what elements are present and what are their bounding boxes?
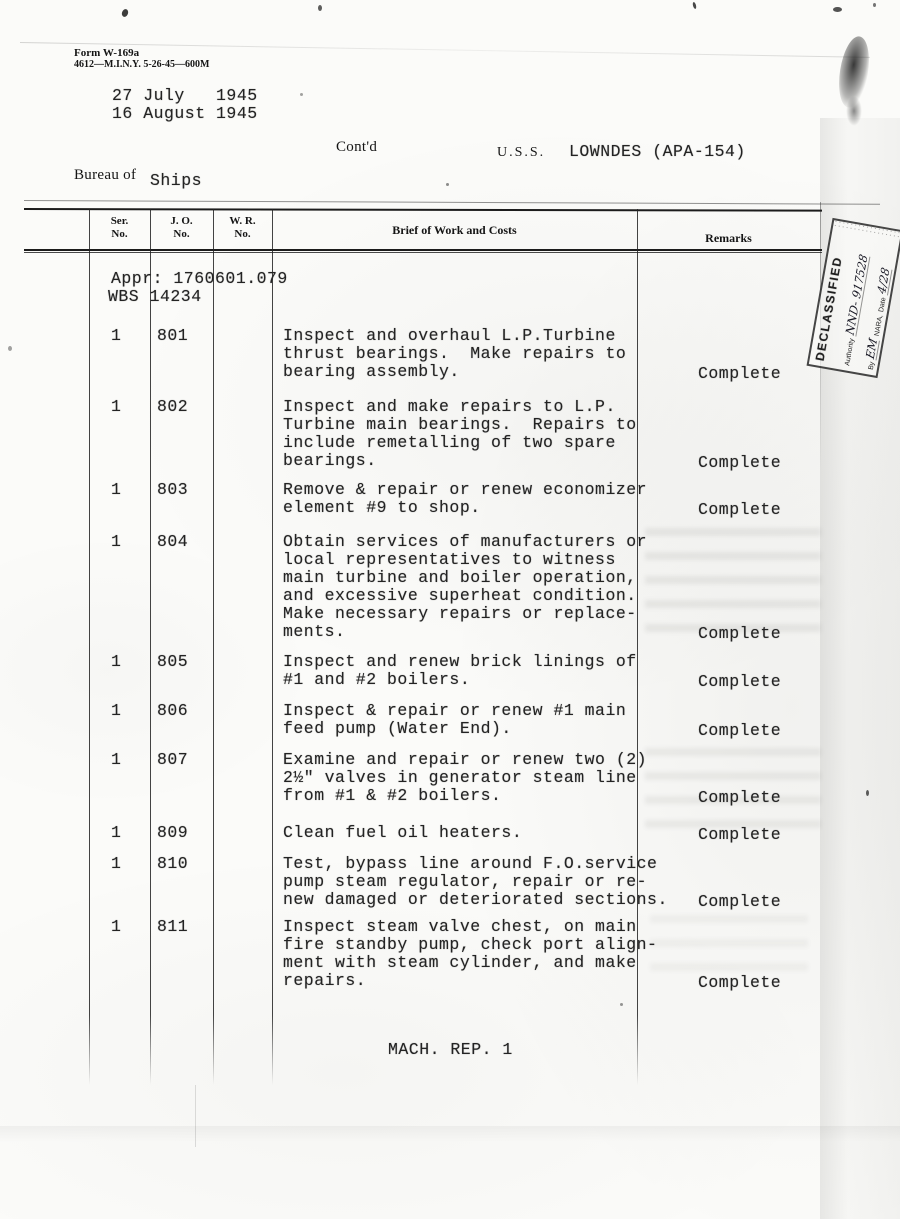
stamp-org-label: NARA, bbox=[874, 314, 885, 336]
scan-speck bbox=[300, 93, 303, 96]
work-brief: Examine and repair or renew two (2) 2½" … bbox=[283, 751, 683, 805]
remarks-value: Complete bbox=[698, 893, 781, 911]
work-brief: Inspect and make repairs to L.P. Turbine… bbox=[283, 398, 683, 470]
remarks-value: Complete bbox=[698, 501, 781, 519]
ship-name: LOWNDES (APA-154) bbox=[569, 143, 746, 161]
column-header-ser-no: Ser. No. bbox=[89, 215, 150, 241]
stamp-date-value-handwritten: 4/28 bbox=[876, 267, 892, 296]
work-brief: Inspect and overhaul L.P.Turbine thrust … bbox=[283, 327, 683, 381]
fold-line-remnant bbox=[195, 1085, 196, 1147]
stamp-date-label: Date bbox=[878, 297, 887, 313]
jo-no: 801 bbox=[157, 327, 188, 345]
table-header-rule bbox=[24, 249, 822, 253]
remarks-value: Complete bbox=[698, 454, 781, 472]
table-row: 1 807 Examine and repair or renew two (2… bbox=[89, 751, 829, 807]
table-row: 1 809 Clean fuel oil heaters. Complete bbox=[89, 824, 829, 844]
ser-no: 1 bbox=[111, 751, 121, 769]
work-brief: Clean fuel oil heaters. bbox=[283, 824, 683, 842]
remarks-value: Complete bbox=[698, 625, 781, 643]
ser-no: 1 bbox=[111, 824, 121, 842]
jo-no: 807 bbox=[157, 751, 188, 769]
scan-speck bbox=[833, 7, 842, 12]
ser-no: 1 bbox=[111, 855, 121, 873]
jo-no: 803 bbox=[157, 481, 188, 499]
table-top-rule-thin bbox=[24, 200, 880, 205]
table-row: 1 810 Test, bypass line around F.O.servi… bbox=[89, 855, 829, 911]
ser-no: 1 bbox=[111, 702, 121, 720]
date-stamps: 27 July 1945 16 August 1945 bbox=[112, 87, 258, 123]
work-brief: Inspect & repair or renew #1 main feed p… bbox=[283, 702, 683, 738]
bureau-of-label: Bureau of bbox=[74, 167, 136, 184]
bureau-value: Ships bbox=[150, 172, 202, 190]
work-brief: Obtain services of manufacturers or loca… bbox=[283, 533, 683, 641]
form-number: Form W-169a bbox=[74, 47, 209, 59]
scan-speck bbox=[692, 2, 697, 10]
wbs-line: WBS 14234 bbox=[108, 288, 202, 306]
column-header-wr-no: W. R. No. bbox=[213, 215, 272, 241]
ser-no: 1 bbox=[111, 481, 121, 499]
appropriation-line: Appr: 1760601.079 bbox=[111, 270, 288, 288]
uss-label: U.S.S. bbox=[497, 145, 545, 161]
ser-no: 1 bbox=[111, 653, 121, 671]
remarks-value: Complete bbox=[698, 789, 781, 807]
scan-speck bbox=[873, 3, 876, 7]
stamp-authority-value-handwritten: NND- 917528 bbox=[844, 253, 870, 337]
remarks-value: Complete bbox=[698, 826, 781, 844]
scan-speck bbox=[446, 183, 449, 186]
jo-no: 811 bbox=[157, 918, 188, 936]
work-brief: Inspect and renew brick linings of #1 an… bbox=[283, 653, 683, 689]
scan-speck bbox=[8, 346, 12, 351]
ser-no: 1 bbox=[111, 533, 121, 551]
ser-no: 1 bbox=[111, 327, 121, 345]
table-row: 1 802 Inspect and make repairs to L.P. T… bbox=[89, 398, 829, 472]
scan-speck bbox=[866, 790, 869, 796]
form-print-info: 4612—M.I.N.Y. 5-26-45—600M bbox=[74, 59, 209, 71]
work-brief: Remove & repair or renew economizer elem… bbox=[283, 481, 683, 517]
jo-no: 804 bbox=[157, 533, 188, 551]
ser-no: 1 bbox=[111, 398, 121, 416]
scanned-document-page: Form W-169a 4612—M.I.N.Y. 5-26-45—600M 2… bbox=[0, 0, 900, 1219]
scan-speck bbox=[620, 1003, 623, 1006]
remarks-value: Complete bbox=[698, 673, 781, 691]
work-brief: Inspect steam valve chest, on main fire … bbox=[283, 918, 683, 990]
remarks-value: Complete bbox=[698, 365, 781, 383]
table-row: 1 806 Inspect & repair or renew #1 main … bbox=[89, 702, 829, 740]
jo-no: 810 bbox=[157, 855, 188, 873]
scan-speck bbox=[121, 8, 129, 18]
stamp-authority-label: Authority bbox=[844, 338, 856, 366]
jo-no: 806 bbox=[157, 702, 188, 720]
stamp-by-label: By bbox=[868, 361, 876, 370]
table-top-rule bbox=[24, 208, 822, 212]
stamp-by-value-handwritten: EM bbox=[865, 337, 880, 361]
table-row: 1 803 Remove & repair or renew economize… bbox=[89, 481, 829, 519]
table-row: 1 805 Inspect and renew brick linings of… bbox=[89, 653, 829, 691]
table-row: 1 804 Obtain services of manufacturers o… bbox=[89, 533, 829, 643]
scan-shading-band bbox=[0, 1126, 900, 1142]
jo-no: 802 bbox=[157, 398, 188, 416]
table-row: 1 811 Inspect steam valve chest, on main… bbox=[89, 918, 829, 992]
ser-no: 1 bbox=[111, 918, 121, 936]
jo-no: 809 bbox=[157, 824, 188, 842]
column-header-brief: Brief of Work and Costs bbox=[272, 224, 637, 237]
remarks-value: Complete bbox=[698, 974, 781, 992]
column-header-remarks: Remarks bbox=[637, 232, 820, 245]
work-brief: Test, bypass line around F.O.service pum… bbox=[283, 855, 683, 909]
page-footer-id: MACH. REP. 1 bbox=[388, 1041, 513, 1059]
ink-smudge bbox=[846, 96, 862, 126]
form-number-block: Form W-169a 4612—M.I.N.Y. 5-26-45—600M bbox=[74, 47, 209, 71]
jo-no: 805 bbox=[157, 653, 188, 671]
remarks-value: Complete bbox=[698, 722, 781, 740]
table-row: 1 801 Inspect and overhaul L.P.Turbine t… bbox=[89, 327, 829, 383]
column-header-jo-no: J. O. No. bbox=[150, 215, 213, 241]
scan-speck bbox=[318, 5, 322, 11]
contd-label: Cont'd bbox=[336, 139, 377, 156]
